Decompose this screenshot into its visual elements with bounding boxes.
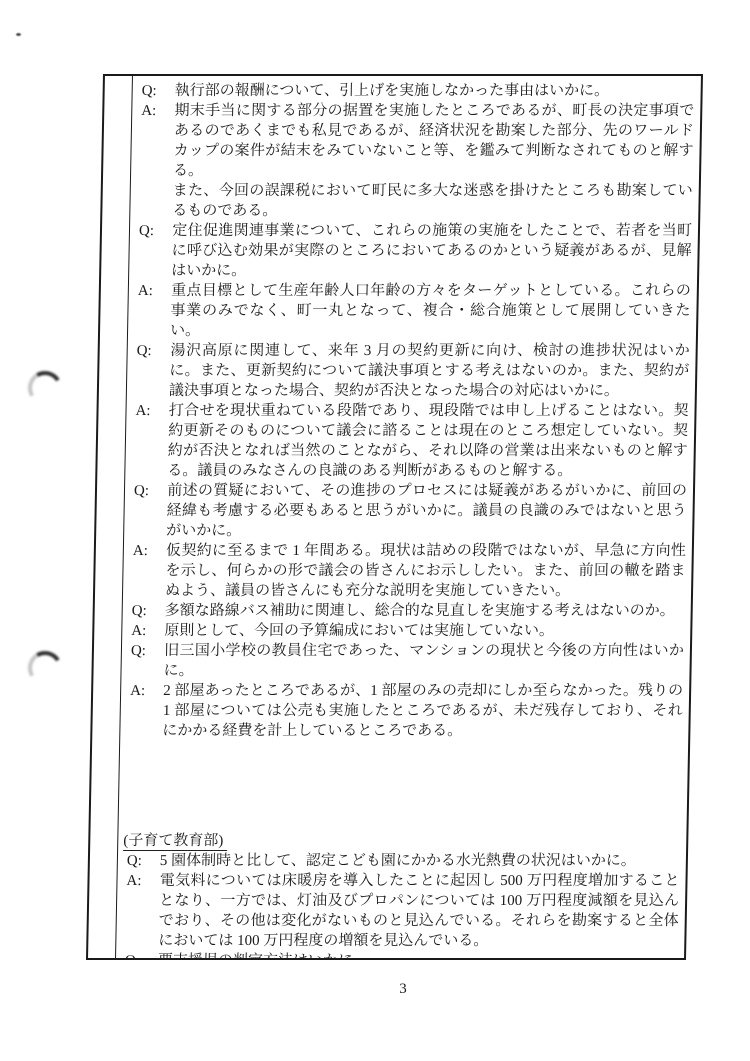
qa-content: Q:執行部の報酬について、引上げを実施しなかった事由はいかに。A:期末手当に関す… — [117, 76, 701, 958]
section-gap — [127, 741, 682, 831]
qa-label: Q: — [134, 481, 167, 501]
scanned-document-page: Q:執行部の報酬について、引上げを実施しなかった事由はいかに。A:期末手当に関す… — [0, 0, 750, 1061]
qa-text: 要支援児の判定方法はいかに。 — [158, 953, 368, 958]
qa-text: 定住促進関連事業について、これらの施策の実施をしたことで、若者を当町に呼び込む効… — [171, 223, 692, 279]
qa-entry: Q:執行部の報酬について、引上げを実施しなかった事由はいかに。 — [141, 81, 694, 101]
qa-text: 湯沢高原に関連して、来年 3 月の契約更新に向け、検討の進捗状況はいかに。また、… — [169, 343, 690, 399]
qa-entry: A:打合せを現状重ねている段階であり、現段階では申し上げることはない。契約更新そ… — [134, 401, 689, 481]
qa-text: 旧三国小学校の教員住宅であった、マンションの現状と今後の方向性はいかに。 — [163, 643, 684, 679]
punch-hole-top-icon — [24, 367, 65, 408]
qa-text: 期末手当に関する部分の据置を実施したところであるが、町長の決定事項であるのであく… — [172, 103, 694, 219]
qa-text: 前述の質疑において、その進捗のプロセスには疑義があるがいかに、前回の経緯も考慮す… — [166, 483, 687, 539]
qa-text: 仮契約に至るまで 1 年間ある。現状は詰めの段階ではないが、早急に方向性を示し、… — [165, 543, 686, 599]
qa-entry: Q:5 園体制時と比して、認定こども園にかかる水光熱費の状況はいかに。 — [127, 851, 680, 871]
qa-entry: Q:湯沢高原に関連して、来年 3 月の契約更新に向け、検討の進捗状況はいかに。ま… — [136, 341, 690, 401]
qa-entry: A:電気料については床暖房を導入したことに起因し 500 万円程度増加することと… — [125, 871, 680, 951]
qa-entry: Q:前述の質疑において、その進捗のプロセスには疑義があるがいかに、前回の経緯も考… — [133, 481, 687, 541]
qa-text: 電気料については床暖房を導入したことに起因し 500 万円程度増加することとなり… — [158, 873, 679, 949]
qa-entry: A:期末手当に関する部分の据置を実施したところであるが、町長の決定事項であるので… — [139, 101, 694, 221]
qa-label: A: — [135, 401, 168, 421]
qa-label: A: — [133, 541, 166, 561]
qa-label: Q: — [131, 641, 164, 661]
qa-text: 執行部の報酬について、引上げを実施しなかった事由はいかに。 — [175, 83, 610, 99]
qa-entry: A:重点目標として生産年齢人口年齢の方々をターゲットとしている。これらの事業のみ… — [137, 281, 691, 341]
qa-label: Q: — [127, 851, 160, 871]
qa-table-frame: Q:執行部の報酬について、引上げを実施しなかった事由はいかに。A:期末手当に関す… — [86, 74, 703, 960]
qa-text: 原則として、今回の予算編成においては実施していない。 — [164, 623, 554, 639]
qa-text: 5 園体制時と比して、認定こども園にかかる水光熱費の状況はいかに。 — [160, 853, 636, 869]
section-header-text: (子育て教育部) — [123, 833, 227, 851]
qa-text: 多額な路線バス補助に関連し、総合的な見直しを実施する考えはないのか。 — [165, 603, 675, 619]
scan-speckle — [16, 33, 21, 36]
qa-entry: Q:旧三国小学校の教員住宅であった、マンションの現状と今後の方向性はいかに。 — [130, 641, 684, 681]
section-header: (子育て教育部) — [123, 831, 680, 851]
qa-label: A: — [130, 681, 163, 701]
qa-label: A: — [138, 281, 171, 301]
qa-entry: Q:要支援児の判定方法はいかに。 — [125, 951, 678, 958]
qa-label: A: — [131, 621, 164, 641]
qa-label: A: — [126, 871, 159, 891]
qa-text: 重点目標として生産年齢人口年齢の方々をターゲットとしている。これらの事業のみでな… — [170, 283, 691, 339]
qa-label: A: — [141, 101, 174, 121]
qa-text: 2 部屋あったところであるが、1 部屋のみの売却にしか至らなかった。残りの 1 … — [162, 683, 687, 739]
qa-entry: A:2 部屋あったところであるが、1 部屋のみの売却にしか至らなかった。残りの … — [129, 681, 683, 741]
qa-text: 打合せを現状重ねている段階であり、現段階では申し上げることはない。契約更新そのも… — [167, 403, 688, 479]
qa-entry: A:仮契約に至るまで 1 年間ある。現状は詰めの段階ではないが、早急に方向性を示… — [132, 541, 686, 601]
qa-label: Q: — [125, 951, 158, 958]
qa-label: Q: — [139, 221, 172, 241]
punch-hole-bottom-icon — [24, 647, 65, 688]
qa-entry: A:原則として、今回の予算編成においては実施していない。 — [131, 621, 684, 641]
qa-label: Q: — [131, 601, 164, 621]
qa-entry: Q:多額な路線バス補助に関連し、総合的な見直しを実施する考えはないのか。 — [131, 601, 684, 621]
qa-label: Q: — [136, 341, 169, 361]
qa-entry: Q:定住促進関連事業について、これらの施策の実施をしたことで、若者を当町に呼び込… — [138, 221, 692, 281]
qa-label: Q: — [141, 81, 174, 101]
page-number: 3 — [103, 981, 703, 998]
